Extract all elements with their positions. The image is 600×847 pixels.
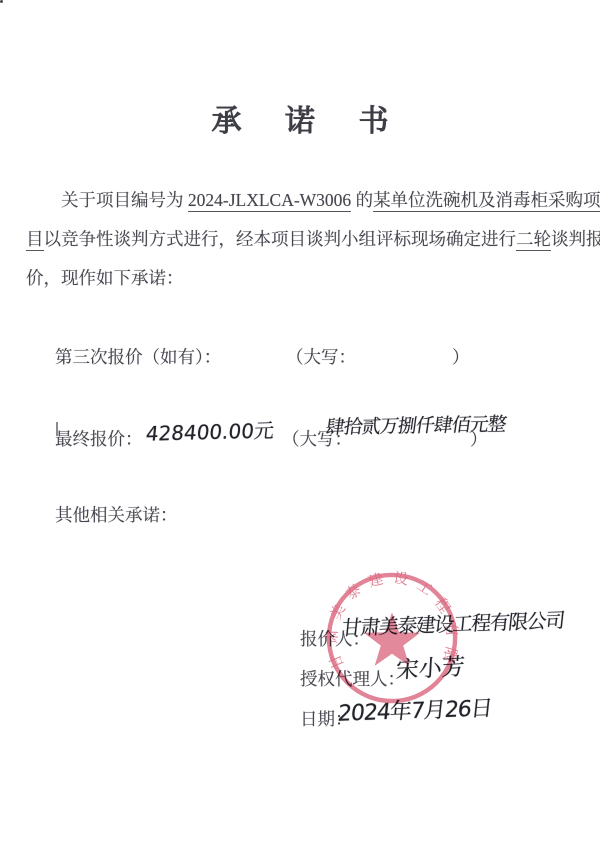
scan-artifact-mark <box>56 422 58 436</box>
body-paragraph-line: 价，现作如下承诺： <box>26 268 574 288</box>
body-text-segment: 的 <box>351 190 373 210</box>
body-text-segment-underlined: 二轮 <box>516 229 551 251</box>
body-text-segment-underlined: 某单位洗碗机及消毒柜采购项 <box>373 190 600 212</box>
body-paragraph-line: 关于项目编号为 2024-JLXLCA-W3006 的某单位洗碗机及消毒柜采购项 <box>26 190 574 210</box>
third-quote-caps-open-paren: （大写： <box>286 344 356 369</box>
body-text-segment: 关于项目编号为 <box>61 190 188 210</box>
final-quote-amount-handwriting: 428400.00元 <box>145 414 276 446</box>
scanned-commitment-letter-page: 承 诺 书 关于项目编号为 2024-JLXLCA-W3006 的某单位洗碗机及… <box>0 0 600 847</box>
page-title: 承 诺 书 <box>0 96 600 140</box>
body-text-segment: 以竞争性谈判方式进行，经本项目谈判小组评标现场确定进行 <box>44 229 517 249</box>
star-icon <box>364 612 420 666</box>
body-text-segment: 谈判报 <box>551 229 600 249</box>
third-quote-caps-close-paren: ） <box>452 344 470 369</box>
scan-artifact-dot <box>0 0 3 3</box>
body-paragraph-line: 目以竞争性谈判方式进行，经本项目谈判小组评标现场确定进行二轮谈判报 <box>26 229 574 249</box>
body-text-segment-underlined: 目 <box>26 229 44 251</box>
company-seal-stamp: 甘肃美泰建设工程有限公司 <box>323 569 461 707</box>
final-quote-caps-close-paren: ） <box>470 426 488 451</box>
body-text-segment-underlined: 2024-JLXLCA-W3006 <box>188 190 351 212</box>
third-quote-label: 第三次报价（如有）： <box>55 344 221 369</box>
final-quote-label: 最终报价： <box>55 426 143 451</box>
body-text-segment: 价，现作如下承诺： <box>26 268 184 288</box>
other-commitments-label: 其他相关承诺： <box>55 502 178 527</box>
